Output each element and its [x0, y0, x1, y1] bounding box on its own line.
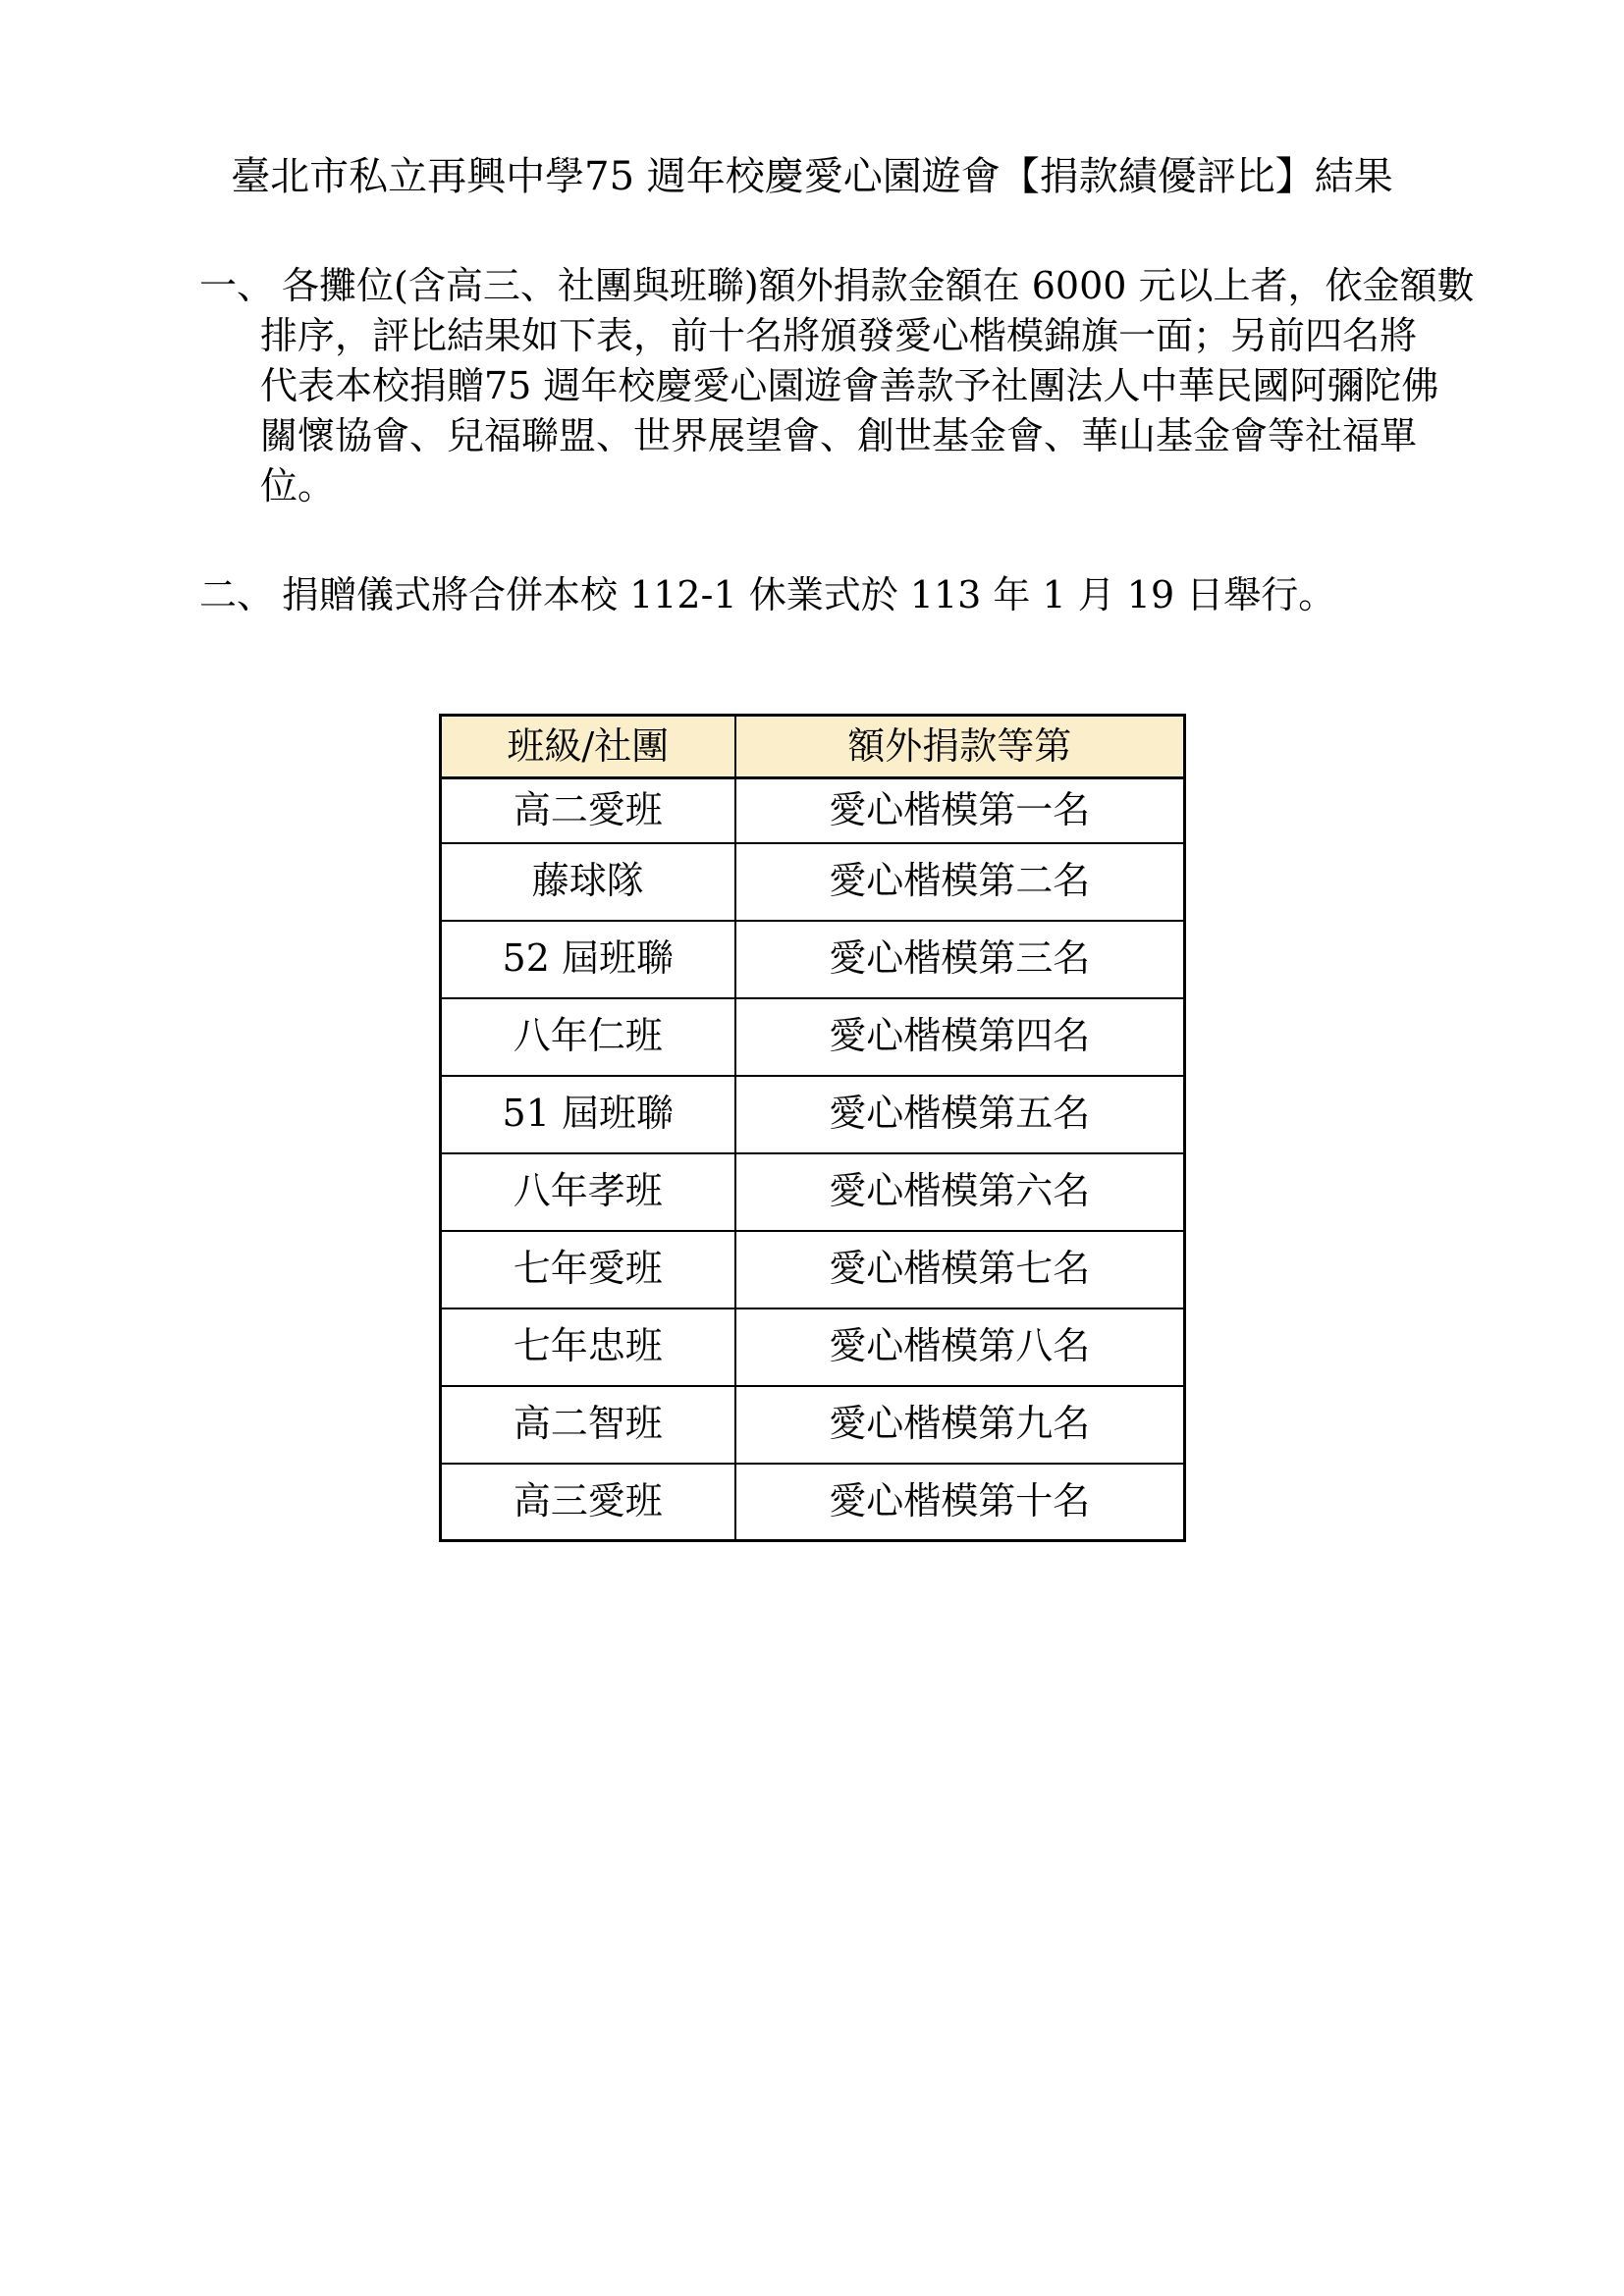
cell-rank: 愛心楷模第六名	[735, 1153, 1185, 1231]
cell-class-club: 七年愛班	[441, 1231, 735, 1308]
cell-rank: 愛心楷模第一名	[735, 778, 1185, 843]
document-title: 臺北市私立再興中學75 週年校慶愛心園遊會【捐款績優評比】結果	[0, 153, 1624, 200]
paragraph-line: 二、捐贈儀式將合併本校 112-1 休業式於 113 年 1 月 19 日舉行。	[199, 570, 1466, 620]
table-row: 51 屆班聯 愛心楷模第五名	[441, 1076, 1185, 1153]
paragraph-line: 代表本校捐贈75 週年校慶愛心園遊會善款予社團法人中華民國阿彌陀佛	[260, 361, 1466, 411]
table-row: 八年仁班 愛心楷模第四名	[441, 998, 1185, 1076]
table-row: 高三愛班 愛心楷模第十名	[441, 1464, 1185, 1541]
cell-rank: 愛心楷模第五名	[735, 1076, 1185, 1153]
cell-rank: 愛心楷模第七名	[735, 1231, 1185, 1308]
paragraph-line: 位。	[260, 461, 1466, 511]
cell-rank: 愛心楷模第四名	[735, 998, 1185, 1076]
paragraph-text: 各攤位(含高三、社團與班聯)額外捐款金額在 6000 元以上者，依金額數	[282, 264, 1475, 307]
cell-rank: 愛心楷模第三名	[735, 921, 1185, 998]
table-row: 藤球隊 愛心楷模第二名	[441, 843, 1185, 921]
paragraph-line: 關懷協會、兒福聯盟、世界展望會、創世基金會、華山基金會等社福單	[260, 411, 1466, 461]
paragraph-text: 捐贈儀式將合併本校 112-1 休業式於 113 年 1 月 19 日舉行。	[282, 573, 1335, 616]
cell-class-club: 高三愛班	[441, 1464, 735, 1541]
table-row: 52 屆班聯 愛心楷模第三名	[441, 921, 1185, 998]
cell-rank: 愛心楷模第二名	[735, 843, 1185, 921]
table-row: 七年愛班 愛心楷模第七名	[441, 1231, 1185, 1308]
document-page: 臺北市私立再興中學75 週年校慶愛心園遊會【捐款績優評比】結果 一、各攤位(含高…	[0, 0, 1624, 2296]
header-cell-class-club: 班級/社團	[441, 716, 735, 778]
paragraph-line: 一、各攤位(含高三、社團與班聯)額外捐款金額在 6000 元以上者，依金額數	[199, 261, 1466, 311]
cell-class-club: 高二愛班	[441, 778, 735, 843]
list-marker-one: 一、	[199, 261, 282, 311]
donation-ranking-table: 班級/社團 額外捐款等第 高二愛班 愛心楷模第一名 藤球隊 愛心楷模第二名 52…	[439, 714, 1186, 1542]
table-row: 高二智班 愛心楷模第九名	[441, 1386, 1185, 1464]
table-row: 高二愛班 愛心楷模第一名	[441, 778, 1185, 843]
table-row: 七年忠班 愛心楷模第八名	[441, 1308, 1185, 1386]
cell-class-club: 八年仁班	[441, 998, 735, 1076]
table-header-row: 班級/社團 額外捐款等第	[441, 716, 1185, 778]
paragraph-one: 一、各攤位(含高三、社團與班聯)額外捐款金額在 6000 元以上者，依金額數 排…	[199, 261, 1466, 511]
cell-class-club: 51 屆班聯	[441, 1076, 735, 1153]
list-marker-two: 二、	[199, 570, 282, 620]
cell-class-club: 高二智班	[441, 1386, 735, 1464]
paragraph-line: 排序，評比結果如下表，前十名將頒發愛心楷模錦旗一面；另前四名將	[260, 311, 1466, 361]
cell-rank: 愛心楷模第八名	[735, 1308, 1185, 1386]
table-row: 八年孝班 愛心楷模第六名	[441, 1153, 1185, 1231]
paragraph-two: 二、捐贈儀式將合併本校 112-1 休業式於 113 年 1 月 19 日舉行。	[199, 570, 1466, 620]
cell-rank: 愛心楷模第九名	[735, 1386, 1185, 1464]
header-cell-donation-rank: 額外捐款等第	[735, 716, 1185, 778]
cell-class-club: 52 屆班聯	[441, 921, 735, 998]
cell-class-club: 七年忠班	[441, 1308, 735, 1386]
cell-class-club: 八年孝班	[441, 1153, 735, 1231]
cell-class-club: 藤球隊	[441, 843, 735, 921]
cell-rank: 愛心楷模第十名	[735, 1464, 1185, 1541]
